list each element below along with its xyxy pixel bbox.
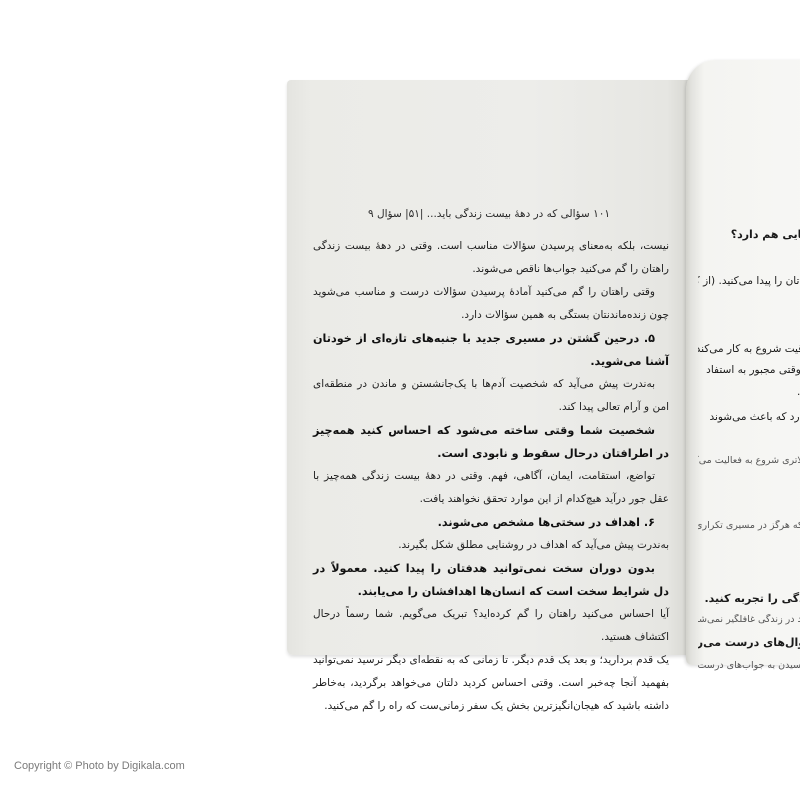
right-book-page: زایایی هم دارد؟ خودتان را پیدا می‌کنید. …: [686, 60, 800, 665]
section-heading-5: ۵. درحین گشتن در مسیری جدید با جنبه‌های …: [313, 327, 669, 373]
paragraph: نیست، بلکه به‌معنای پرسیدن سؤالات مناسب …: [313, 235, 669, 281]
left-book-page: ۱۰۱ سؤالی که در دهۀ بیست زندگی باید... |…: [287, 80, 691, 655]
right-page-line: نید که هرگز در مسیری تکراری: [698, 520, 800, 531]
right-page-line: ه:: [698, 318, 800, 330]
right-page-line: دهد.: [698, 386, 800, 398]
paragraph: وقتی راهتان را گم می‌کنید آمادۀ پرسیدن س…: [313, 281, 669, 327]
page-body-text: نیست، بلکه به‌معنای پرسیدن سؤالات مناسب …: [313, 235, 669, 718]
right-page-line: زندگی را تجربه کنید.: [698, 592, 800, 605]
right-page-line: ید. وقتی مجبور به استفاد: [698, 364, 800, 376]
right-page-line: خلاقیت شروع به کار می‌کند.: [698, 343, 800, 355]
paragraph: تواضع، استقامت، ایمان، آگاهی، فهم. وقتی …: [313, 465, 669, 511]
right-page-line: ز بالاتری شروع به فعالیت می‌کن: [698, 455, 800, 466]
right-page-line: باشد در زندگی غافلگیر نمی‌شوید: [698, 614, 800, 625]
right-page-line: ی رسیدن به جواب‌های درست: [698, 660, 800, 671]
section-heading-6: ۶. اهداف در سختی‌ها مشخص می‌شوند.: [313, 511, 669, 534]
paragraph: به‌ندرت پیش می‌آید که شخصیت آدم‌ها با یک…: [313, 373, 669, 419]
emphasis-paragraph: شخصیت شما وقتی ساخته می‌شود که احساس کنی…: [313, 419, 669, 465]
right-page-line: سؤال‌های درست می‌رسید.: [698, 636, 800, 649]
right-page-line: ه دارد که باعث می‌شوند: [698, 411, 800, 423]
right-page-line: زایایی هم دارد؟: [698, 228, 800, 241]
paragraph: یک قدم بردارید؛ و بعد یک قدم دیگر. تا زم…: [313, 649, 669, 718]
copyright-notice: Copyright © Photo by Digikala.com: [14, 760, 185, 772]
right-page-line: خودتان را پیدا می‌کنید. (از کز: [698, 275, 800, 287]
paragraph: آیا احساس می‌کنید راهتان را گم کرده‌اید؟…: [313, 603, 669, 649]
paragraph: به‌ندرت پیش می‌آید که اهداف در روشنایی م…: [313, 534, 669, 557]
running-header: ۱۰۱ سؤالی که در دهۀ بیست زندگی باید... |…: [287, 208, 691, 220]
emphasis-paragraph: بدون دوران سخت نمی‌توانید هدفتان را پیدا…: [313, 557, 669, 603]
